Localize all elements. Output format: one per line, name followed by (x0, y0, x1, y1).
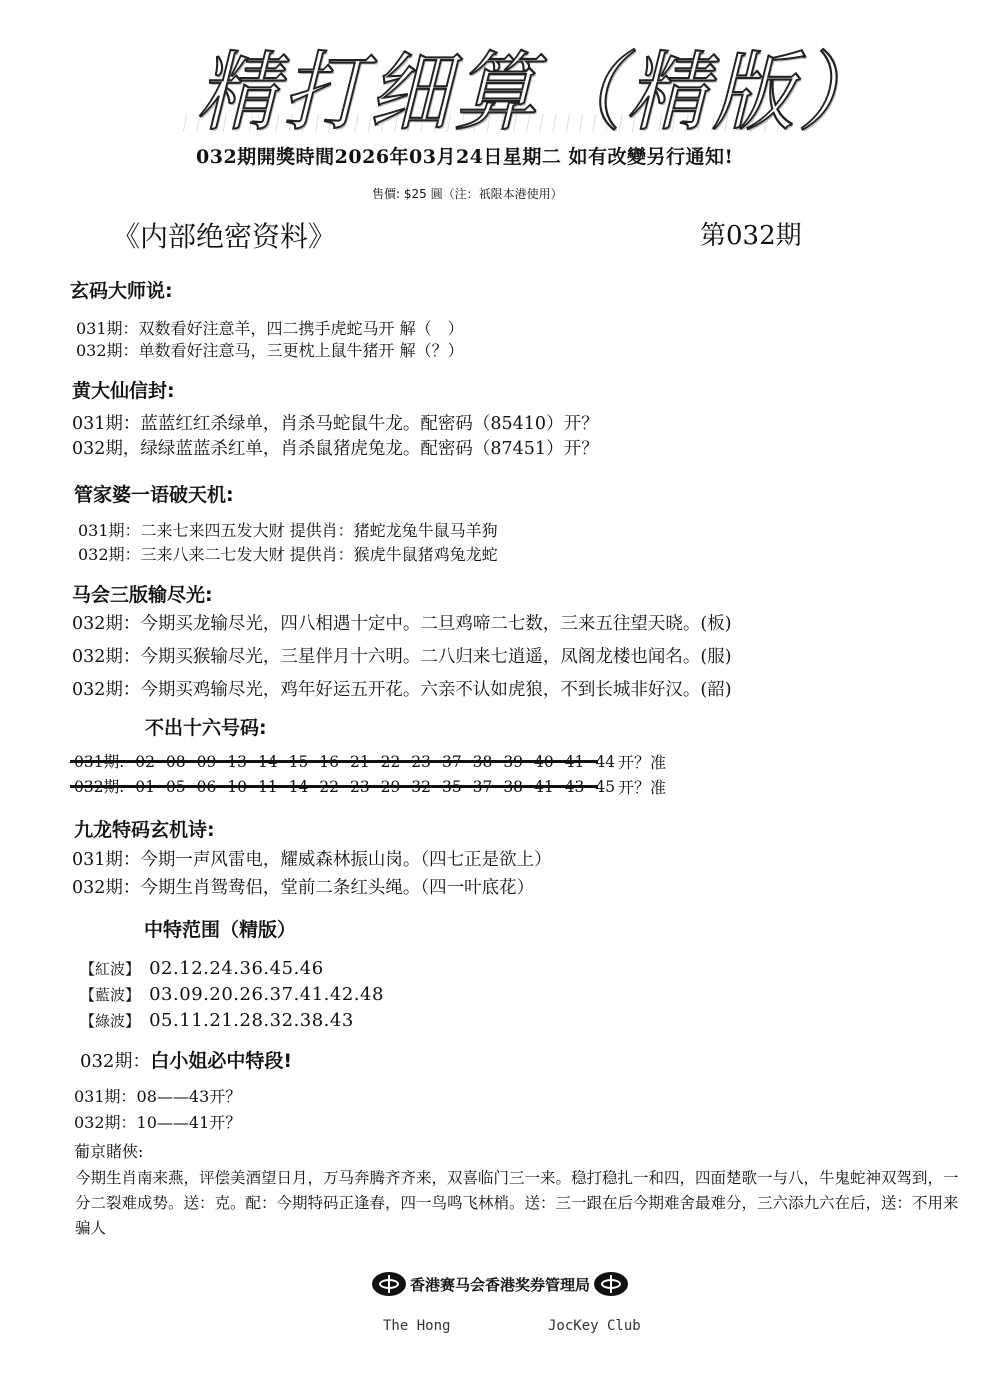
strikethrough-line (70, 760, 598, 763)
section-heading-range: 中特范围（精版） (144, 915, 296, 942)
section-heading-no-sixteen: 不出十六号码: (145, 713, 267, 740)
section-heading-housekeeper: 管家婆一语破天机: (74, 480, 234, 507)
wave-label: 【藍波】 (80, 986, 140, 1004)
section-heading-miss-white: 白小姐必中特段! (150, 1050, 292, 1072)
document-title: 《内部绝密资料》 (112, 215, 336, 255)
calligraphy-title: 精打细算（精版） (180, 24, 800, 136)
housekeeper-line: 031期：二来七来四五发大财 提供肖：猪蛇龙兔牛鼠马羊狗 (78, 518, 498, 541)
section-heading-master: 玄码大师说: (70, 276, 173, 303)
wave-label: 【紅波】 (80, 960, 140, 978)
row-suffix: 开？准 (618, 750, 666, 773)
master-line: 032期：单数看好注意马，三更枕上鼠牛猪开 解（？） (76, 338, 464, 361)
section-heading-jockey-three: 马会三版输尽光: (72, 580, 213, 607)
nine-dragon-line: 032期：今期生肖鸳鸯侣，堂前二条红头绳。（四一叶底花） (72, 874, 534, 899)
wave-row-green: 【綠波】 05.11.21.28.32.38.43 (80, 1010, 354, 1031)
section-heading-wong-tai-sin: 黄大仙信封: (72, 376, 175, 403)
wave-numbers: 05.11.21.28.32.38.43 (149, 1010, 354, 1031)
nine-dragon-line: 031期：今期一声风雷电，耀威森林振山岗。（四七正是欲上） (72, 846, 552, 871)
footer-org-name: 香港赛马会香港奖券管理局 (410, 1274, 590, 1295)
wave-numbers: 03.09.20.26.37.41.42.48 (149, 984, 384, 1005)
footer-logo: 香港赛马会香港奖券管理局 (350, 1268, 650, 1300)
miss-white-line: 031期：08——43开？ (74, 1084, 241, 1107)
issue-number: 第032期 (700, 215, 802, 252)
wave-numbers: 02.12.24.36.45.46 (149, 958, 324, 979)
jockey-three-line: 032期：今期买龙输尽光，四八相遇十定中。二旦鸡啼二七数，三来五往望天晓。(板) (72, 610, 732, 635)
price-note: 售價: $25 圓（注：祇限本港使用） (372, 185, 563, 202)
wong-tai-sin-line: 031期：蓝蓝红红杀绿单，肖杀马蛇鼠牛龙。配密码（85410）开？ (72, 410, 599, 435)
miss-white-heading-row: 032期：白小姐必中特段! (80, 1046, 292, 1073)
jockey-three-line: 032期：今期买鸡输尽光，鸡年好运五开花。六亲不认如虎狼，不到长城非好汉。(韶) (72, 676, 732, 701)
miss-white-line: 032期：10——41开？ (74, 1110, 241, 1133)
wong-tai-sin-line: 032期，绿绿蓝蓝杀红单，肖杀鼠猪虎兔龙。配密码（87451）开？ (72, 435, 599, 460)
master-line: 031期：双数看好注意羊，四二携手虎蛇马开 解（ ） (76, 316, 464, 339)
macau-gambler-paragraph: 今期生肖南来燕，评偿美酒望日月，万马奔腾齐齐来，双喜临门三一来。稳打稳扎一和四，… (75, 1166, 965, 1241)
title-text: 精打细算（精版） (190, 24, 909, 147)
footer-english-left: The Hong (383, 1318, 450, 1334)
wave-row-blue: 【藍波】 03.09.20.26.37.41.42.48 (80, 984, 384, 1005)
jockey-emblem-icon (594, 1272, 628, 1296)
jockey-emblem-icon (372, 1272, 406, 1296)
footer-english-right: JocKey Club (548, 1318, 641, 1334)
housekeeper-line: 032期：三来八来二七发大财 提供肖：猴虎牛鼠猪鸡兔龙蛇 (78, 542, 498, 565)
jockey-three-line: 032期：今期买猴输尽光，三星伴月十六明。二八归来七逍遥，凤阁龙楼也闻名。(服) (72, 643, 732, 668)
strikethrough-line (70, 785, 598, 788)
wave-label: 【綠波】 (80, 1012, 140, 1030)
section-heading-macau-gambler: 葡京賭俠: (74, 1139, 143, 1162)
draw-date-notice: 032期開獎時間2026年03月24日星期二 如有改變另行通知! (196, 142, 733, 169)
wave-row-red: 【紅波】 02.12.24.36.45.46 (80, 958, 324, 979)
section-heading-nine-dragon: 九龙特码玄机诗: (74, 815, 215, 842)
row-suffix: 开？准 (618, 775, 666, 798)
miss-white-prefix: 032期： (80, 1051, 150, 1072)
